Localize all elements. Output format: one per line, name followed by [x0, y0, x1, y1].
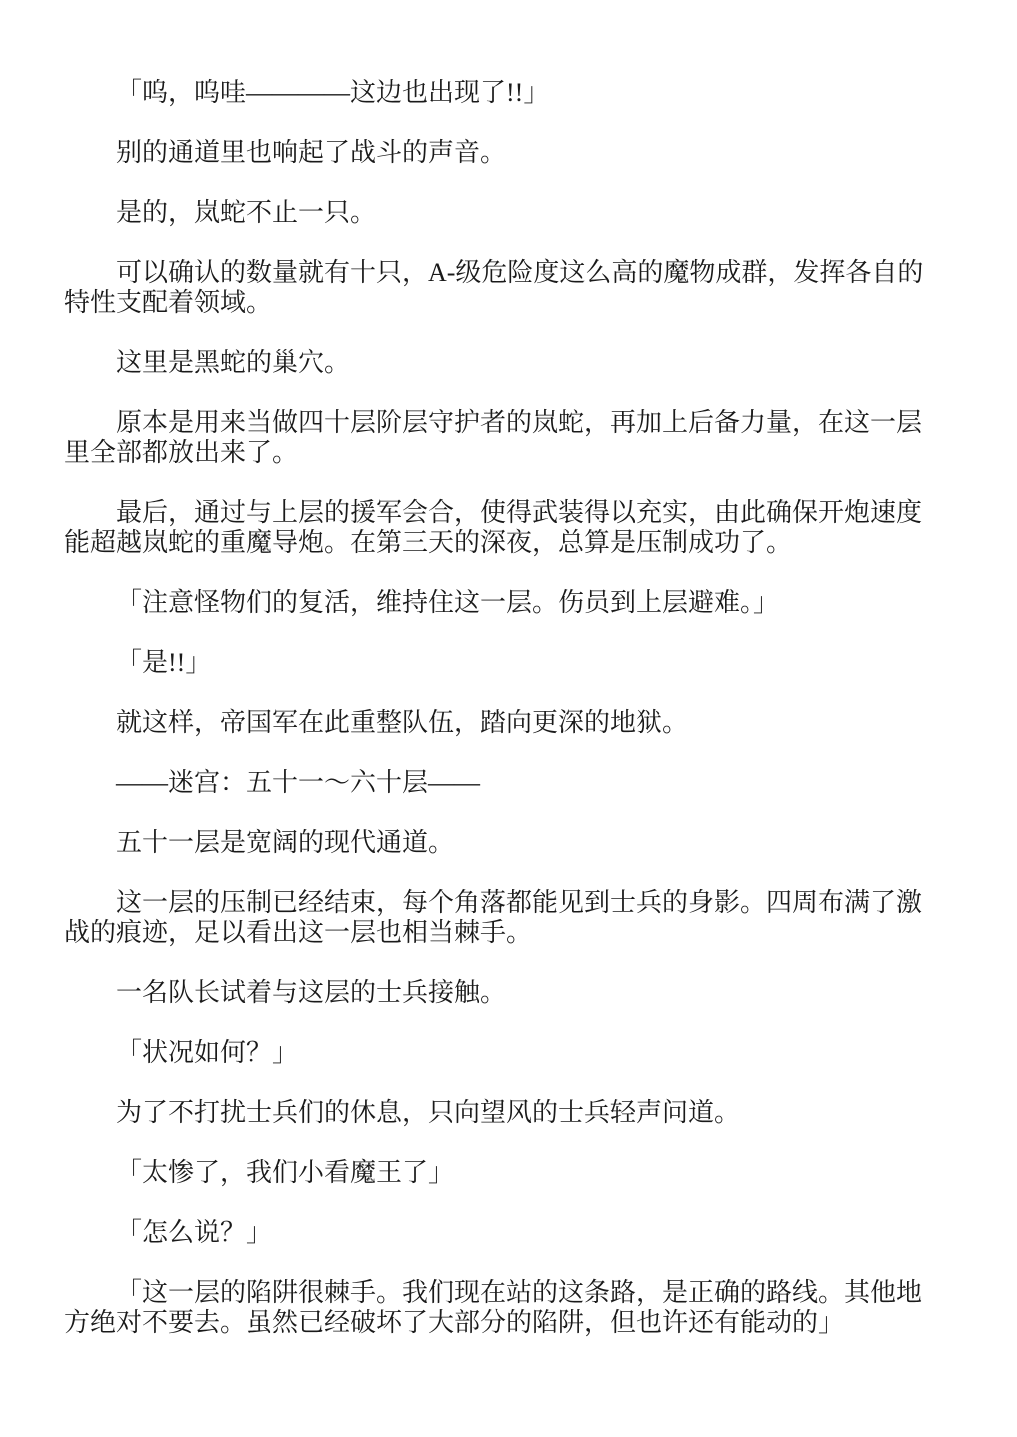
- narration-paragraph: 是的，岚蛇不止一只。: [64, 198, 965, 228]
- section-heading: ——迷宫：五十一～六十层——: [64, 768, 965, 798]
- narration-paragraph: 这里是黑蛇的巢穴。: [64, 348, 965, 378]
- dialogue-line: 「呜，呜哇————这边也出现了!!」: [64, 78, 965, 108]
- narration-paragraph: 为了不打扰士兵们的休息，只向望风的士兵轻声问道。: [64, 1098, 965, 1128]
- narration-paragraph: 最后，通过与上层的援军会合，使得武装得以充实，由此确保开炮速度 能超越岚蛇的重魔…: [64, 498, 965, 558]
- dialogue-line: 「太惨了，我们小看魔王了」: [64, 1158, 965, 1188]
- narration-paragraph: 原本是用来当做四十层阶层守护者的岚蛇，再加上后备力量，在这一层 里全部都放出来了…: [64, 408, 965, 468]
- page: { "page": { "kind": "novel-text-page", "…: [0, 0, 1017, 1437]
- narration-paragraph: 就这样，帝国军在此重整队伍，踏向更深的地狱。: [64, 708, 965, 738]
- narration-paragraph: 一名队长试着与这层的士兵接触。: [64, 978, 965, 1008]
- dialogue-line: 「注意怪物们的复活，维持住这一层。伤员到上层避难。」: [64, 588, 965, 618]
- dialogue-line: 「是!!」: [64, 648, 965, 678]
- narration-paragraph: 五十一层是宽阔的现代通道。: [64, 828, 965, 858]
- narration-paragraph: 这一层的压制已经结束，每个角落都能见到士兵的身影。四周布满了激 战的痕迹，足以看…: [64, 888, 965, 948]
- dialogue-line: 「怎么说？」: [64, 1218, 965, 1248]
- narration-paragraph: 别的通道里也响起了战斗的声音。: [64, 138, 965, 168]
- dialogue-line: 「状况如何？」: [64, 1038, 965, 1068]
- dialogue-line: 「这一层的陷阱很棘手。我们现在站的这条路，是正确的路线。其他地 方绝对不要去。虽…: [64, 1278, 965, 1338]
- narration-paragraph: 可以确认的数量就有十只，A-级危险度这么高的魔物成群，发挥各自的 特性支配着领域…: [64, 258, 965, 318]
- document-page: 「呜，呜哇————这边也出现了!!」 别的通道里也响起了战斗的声音。 是的，岚蛇…: [0, 0, 1017, 1437]
